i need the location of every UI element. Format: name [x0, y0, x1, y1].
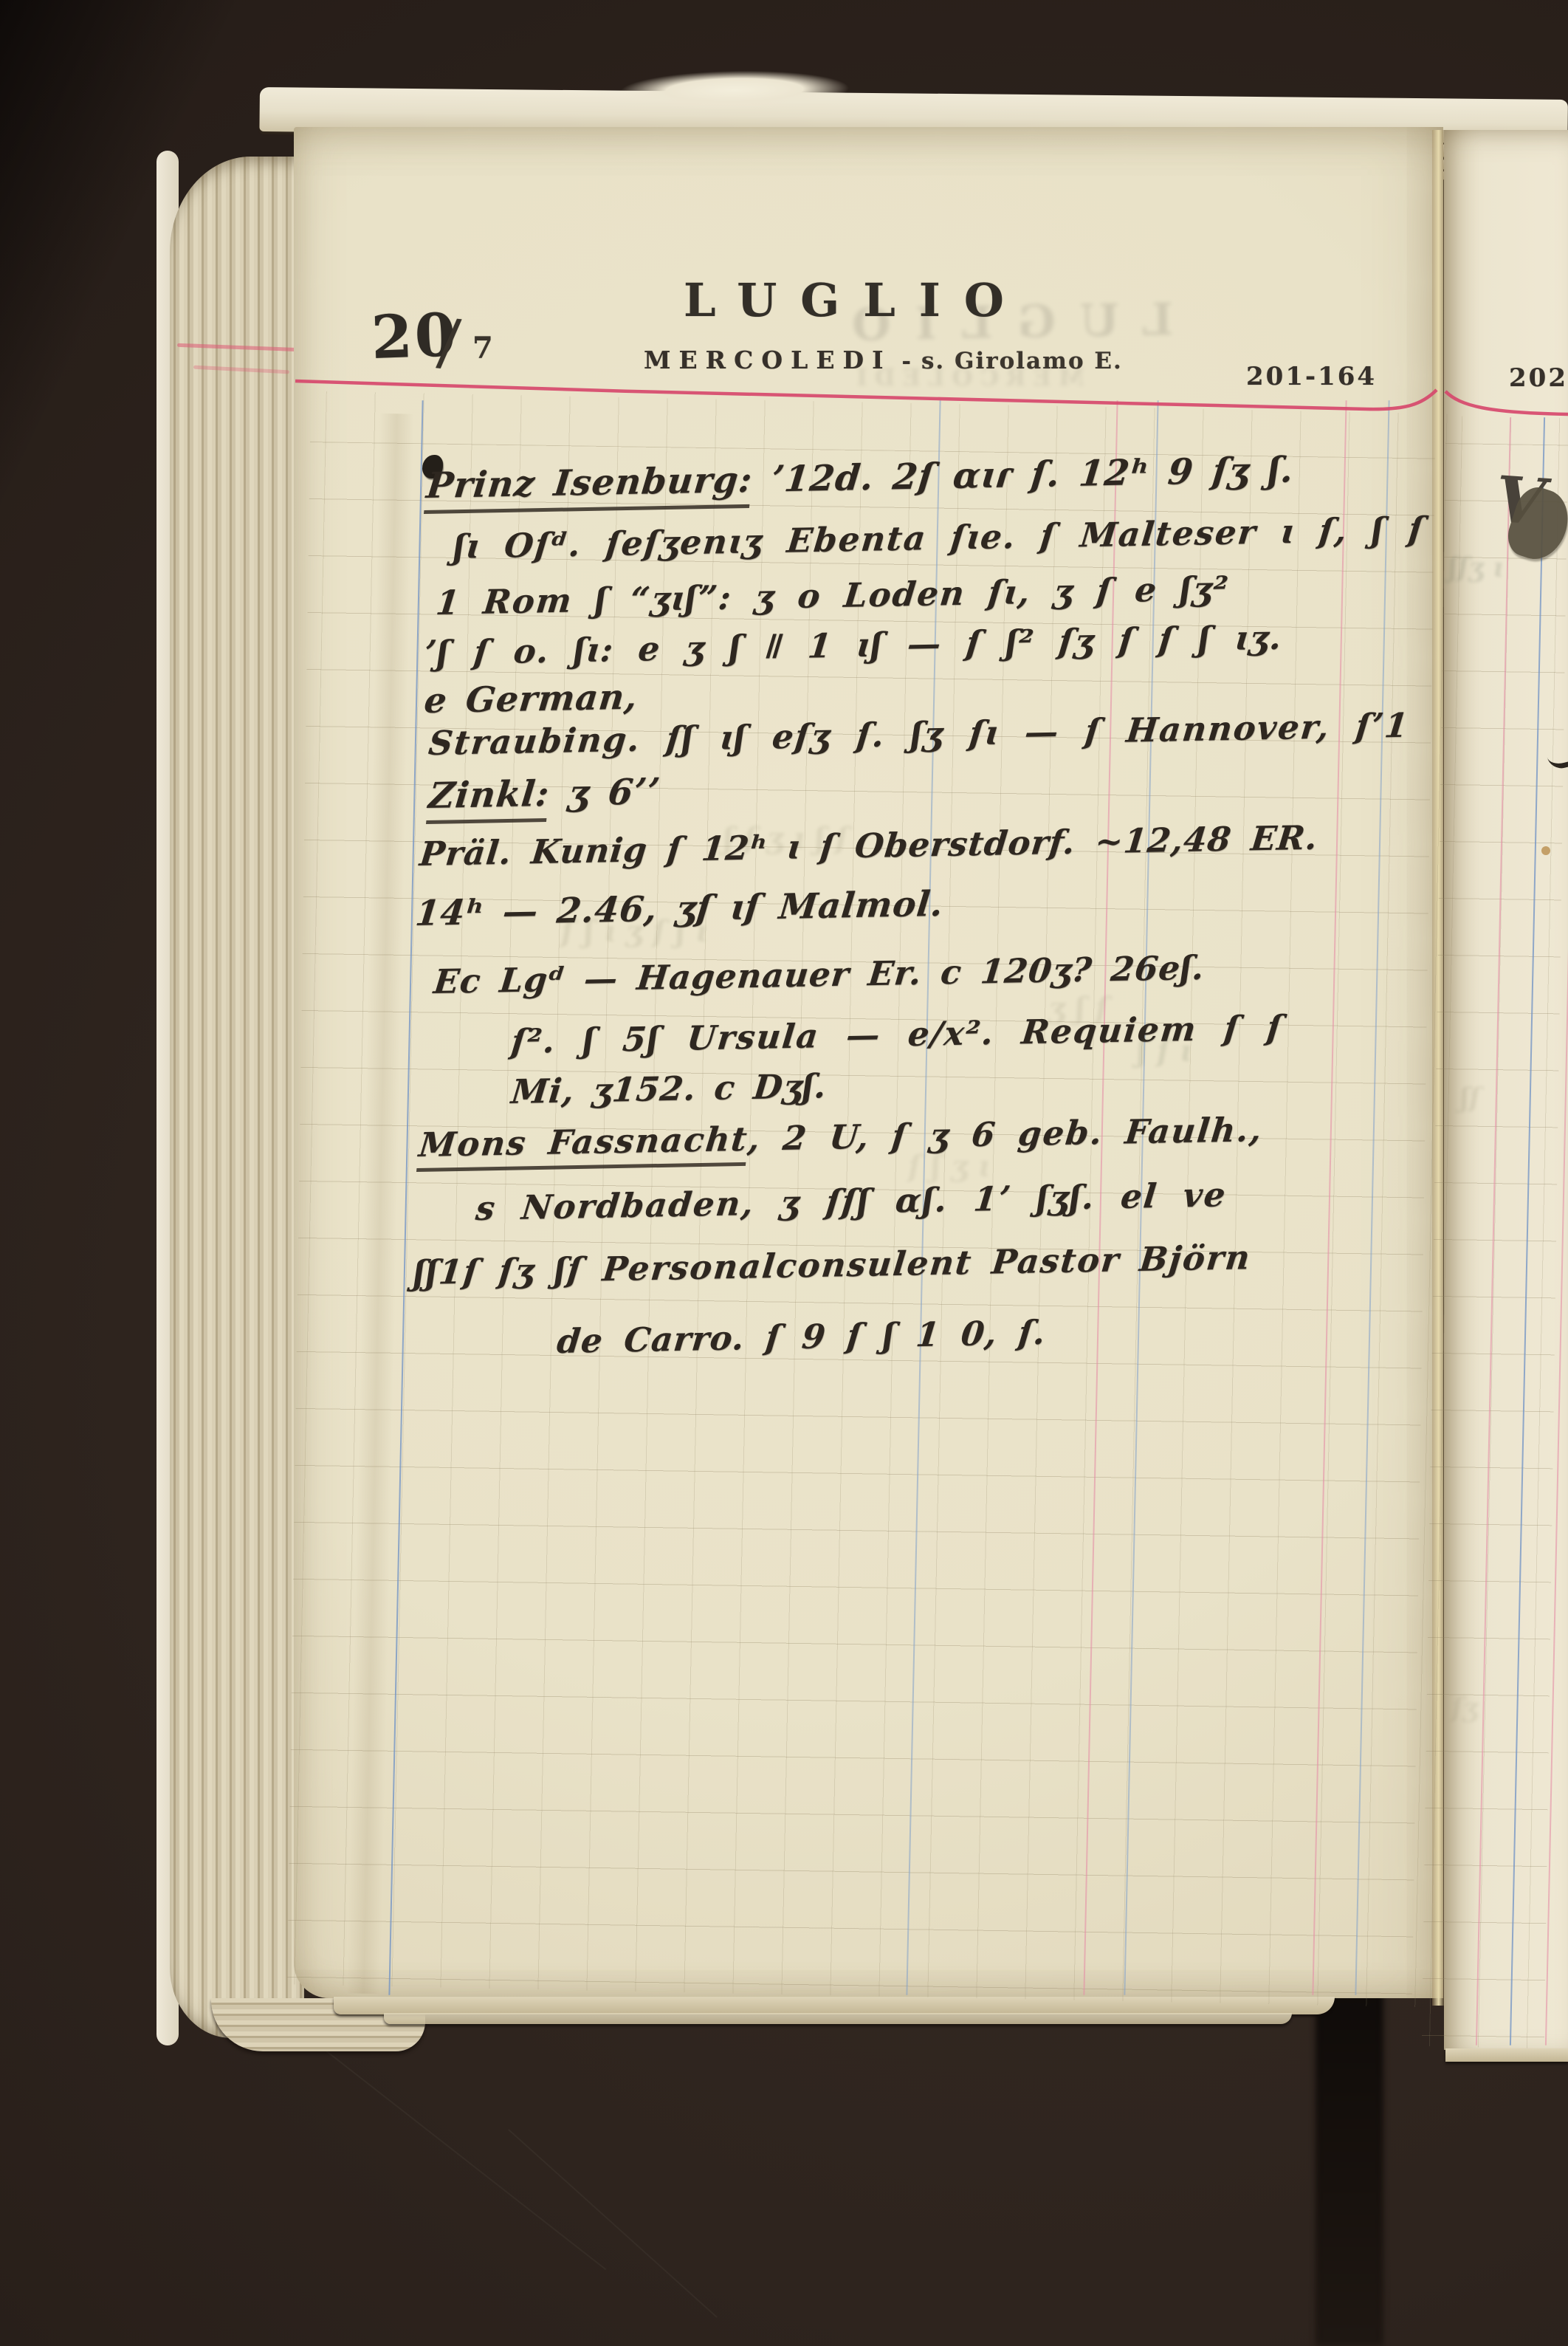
- background-scratch: [508, 2129, 718, 2318]
- spine-bottom-shadow: [1316, 1986, 1383, 2346]
- paper-fleck: [1541, 846, 1550, 855]
- showthrough-writing: ʃ ſ ʒ ɩ ʃ ſ: [723, 821, 847, 856]
- page-code: 201-164: [1246, 362, 1377, 391]
- entry-text: e German,: [422, 677, 639, 721]
- showthrough-writing-right: ſʒ: [1451, 1692, 1478, 1724]
- weekday-separator: -: [902, 349, 911, 374]
- header-rule-pink: [0, 0, 1568, 517]
- background-scratch: [280, 2014, 607, 2270]
- entry-heading: Mons Fassnacht: [416, 1119, 750, 1172]
- page-code-right-partial: 202-: [1509, 363, 1568, 393]
- page-bottom-edge: [384, 2013, 1292, 2024]
- entry-heading: Zinkl:: [426, 773, 551, 824]
- handwriting-line: e German,: [422, 677, 639, 721]
- showthrough-writing-right: ʃſʒ ɩ: [1448, 552, 1503, 583]
- entry-text: ʒ 6ʼʼ: [547, 771, 661, 814]
- showthrough-writing-right: ʃſ: [1460, 1083, 1480, 1114]
- entry-text: Mi, ʒ152. c Dʒʃ.: [509, 1066, 829, 1111]
- showthrough-writing: ʃ ſ ɩ: [1137, 1034, 1192, 1069]
- month-digit: 7: [472, 331, 493, 366]
- showthrough-writing: ſ ʃ ɩ ʒ ſ ʃ ɩ: [561, 914, 707, 949]
- handwriting-line: Zinkl: ʒ 6ʼʼ: [427, 771, 662, 817]
- page-bottom-edge-right: [1445, 2048, 1568, 2062]
- weekday-name: MERCOLEDI: [644, 346, 892, 374]
- saint-of-day: s. Girolamo E.: [921, 348, 1123, 374]
- weekday-line: MERCOLEDI - s. Girolamo E.: [644, 346, 1123, 374]
- showthrough-writing: ʒ ʃ ſ: [1048, 991, 1108, 1026]
- handwriting-line: Mi, ʒ152. c Dʒʃ.: [509, 1066, 829, 1111]
- month-title: LUGLIO: [684, 273, 1028, 327]
- entry-heading: Prinz Isenburg:: [424, 459, 754, 514]
- diary-scan-photo: LUGLIO MERCOLEDI 20 / 7 LUGLIO MERCOLEDI…: [0, 0, 1568, 2346]
- showthrough-writing: ſ ʃ ʒ ɩ: [908, 1149, 989, 1184]
